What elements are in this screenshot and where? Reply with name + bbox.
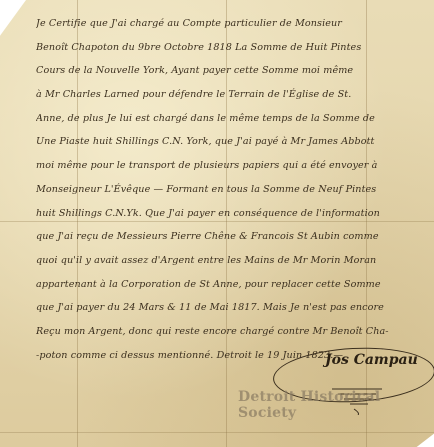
text-line: à Mr Charles Larned pour défendre le Ter… [36,83,428,107]
watermark: Detroit Historical Society [238,389,434,421]
text-line: appartenant à la Corporation de St Anne,… [36,273,428,297]
text-line: que J'ai reçu de Messieurs Pierre Chêne … [36,225,428,249]
text-line: Cours de la Nouvelle York, Ayant payer c… [36,59,428,83]
text-line: Reçu mon Argent, donc qui reste encore c… [36,320,428,344]
text-line: Je Certifie que J'ai chargé au Compte pa… [36,12,428,36]
text-line: Anne, de plus Je lui est chargé dans le … [36,107,428,131]
handwritten-text: Je Certifie que J'ai chargé au Compte pa… [36,12,428,367]
fold-crease [0,432,434,433]
text-line: Monseigneur L'Évêque — Formant en tous l… [36,178,428,202]
text-line: moi même pour le transport de plusieurs … [36,154,428,178]
signature: Jos Campau [325,352,418,368]
text-line: Benoît Chapoton du 9bre Octobre 1818 La … [36,36,428,60]
text-line: huit Shillings C.N.Yk. Que J'ai payer en… [36,202,428,226]
text-line: quoi qu'il y avait assez d'Argent entre … [36,249,428,273]
text-line: que J'ai payer du 24 Mars & 11 de Mai 18… [36,296,428,320]
text-line: Une Piaste huit Shillings C.N. York, que… [36,130,428,154]
